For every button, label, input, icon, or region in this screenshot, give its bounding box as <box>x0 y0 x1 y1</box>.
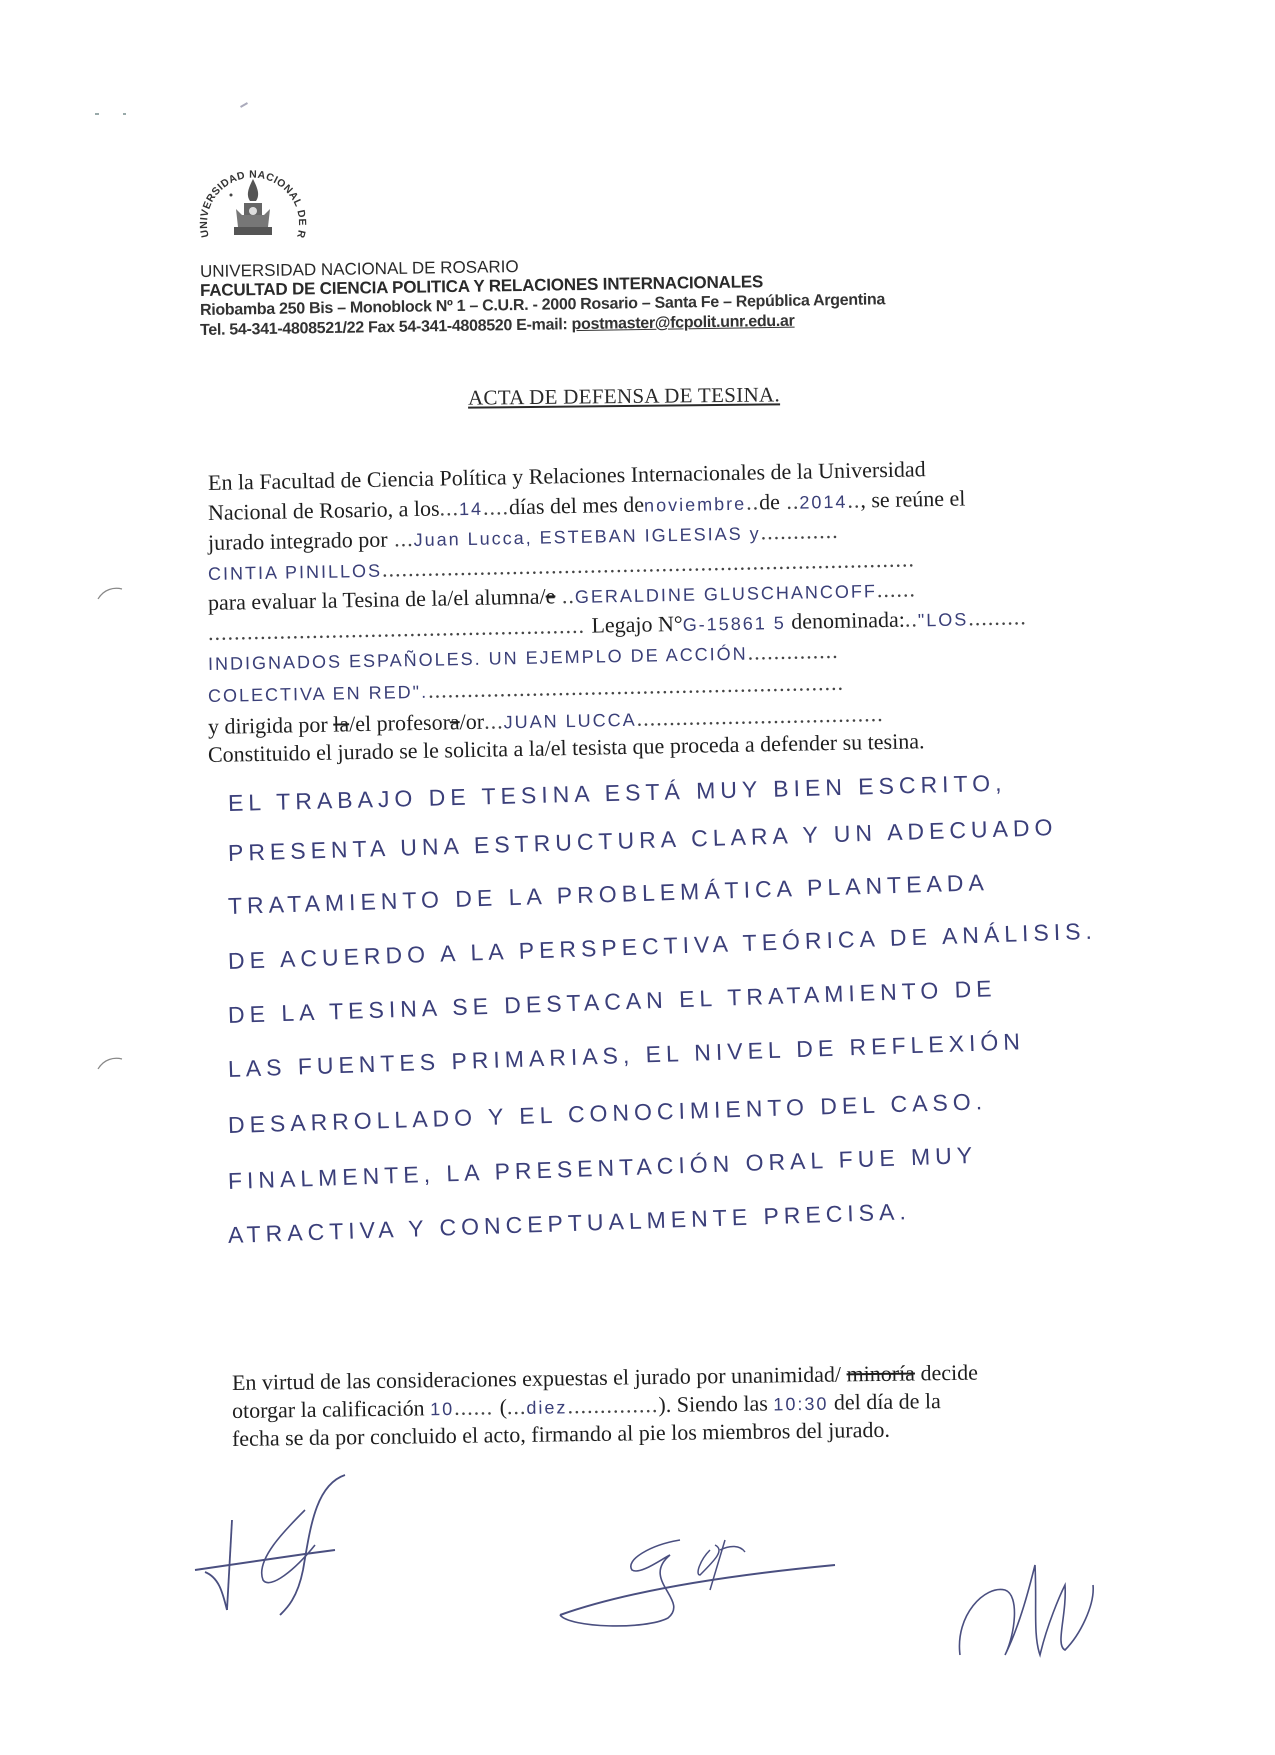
jury-field-2[interactable]: CINTIA PINILLOS <box>208 561 382 584</box>
text: denominada: <box>791 607 905 634</box>
signature-1 <box>185 1470 415 1620</box>
scan-speckle <box>240 102 248 108</box>
comment-line: ATRACTIVA Y CONCEPTUALMENTE PRECISA. <box>228 1198 912 1249</box>
text: otorgar la calificación <box>232 1395 430 1423</box>
struck-text: minoría <box>846 1360 915 1386</box>
text: la/el <box>431 585 469 611</box>
body-line-7: INDIGNADOS ESPAÑOLES. UN EJEMPLO DE ACCI… <box>208 640 839 674</box>
text: días del mes de <box>509 492 644 520</box>
student-field[interactable]: GERALDINE GLUSCHANCOFF <box>575 581 877 607</box>
comment-line: LAS FUENTES PRIMARIAS, EL NIVEL DE REFLE… <box>228 1028 1026 1083</box>
grade-number-field[interactable]: 10 <box>430 1399 454 1419</box>
text: Nacional de Rosario, a los <box>208 496 440 525</box>
scan-speckle <box>95 113 99 115</box>
text: /or <box>459 709 484 734</box>
thesis-title-field-3[interactable]: COLECTIVA EN RED". <box>208 682 428 706</box>
body-line-4: CINTIA PINILLOS.........................… <box>208 548 915 584</box>
text: , se reúne el <box>860 485 966 512</box>
text: ). Siendo las <box>658 1390 773 1417</box>
seal-emblem-icon: UNIVERSIDAD NACIONAL DE ROSARIO <box>188 145 318 265</box>
text: decide <box>915 1360 978 1386</box>
signature-3 <box>955 1545 1155 1675</box>
thesis-title-field-1[interactable]: "LOS <box>918 609 969 630</box>
contact-phones: Tel. 54-341-4808521/22 Fax 54-341-480852… <box>200 316 572 339</box>
month-field[interactable]: noviembre <box>644 494 746 516</box>
comment-line: FINALMENTE, LA PRESENTACIÓN ORAL FUE MUY <box>228 1142 978 1195</box>
comment-line: TRATAMIENTO DE LA PROBLEMÁTICA PLANTEADA <box>228 869 990 920</box>
text: de <box>759 489 780 514</box>
margin-mark-icon <box>96 1055 126 1075</box>
time-field[interactable]: 10:30 <box>773 1394 828 1415</box>
signature-2 <box>550 1520 850 1630</box>
comment-line: DE LA TESINA SE DESTACAN EL TRATAMIENTO … <box>228 975 997 1029</box>
grade-words-field[interactable]: diez <box>526 1397 567 1418</box>
director-field[interactable]: JUAN LUCCA <box>503 710 636 733</box>
comment-line: DESARROLLADO Y EL CONOCIMIENTO DEL CASO. <box>228 1088 988 1139</box>
body-line-8: COLECTIVA EN RED".......................… <box>208 672 844 706</box>
comment-line: EL TRABAJO DE TESINA ESTÁ MUY BIEN ESCRI… <box>228 770 1007 817</box>
text: del día de la <box>828 1388 941 1415</box>
body-line-2: Nacional de Rosario, a los...14....días … <box>208 487 966 524</box>
email-link[interactable]: postmaster@fcpolit.unr.edu.ar <box>571 313 794 333</box>
university-seal: UNIVERSIDAD NACIONAL DE ROSARIO <box>188 145 318 265</box>
comment-line: DE ACUERDO A LA PERSPECTIVA TEÓRICA DE A… <box>228 918 1098 975</box>
text: para evaluar la Tesina de <box>208 586 432 615</box>
jury-field-1[interactable]: Juan Lucca, ESTEBAN IGLESIAS y <box>413 523 760 550</box>
scan-speckle <box>123 113 126 115</box>
year-field[interactable]: 2014 <box>799 492 847 513</box>
document-title: ACTA DE DEFENSA DE TESINA. <box>468 382 780 410</box>
day-field[interactable]: 14 <box>459 499 483 519</box>
text: Legajo N° <box>591 611 683 638</box>
text: jurado integrado por <box>208 527 388 555</box>
legajo-field[interactable]: G-15861 5 <box>683 613 786 635</box>
text: alumna/ <box>469 584 546 610</box>
comment-line: PRESENTA UNA ESTRUCTURA CLARA Y UN ADECU… <box>228 814 1058 867</box>
closing-line-3: fecha se da por concluido el acto, firma… <box>232 1419 890 1450</box>
margin-mark-icon <box>96 585 126 605</box>
text: /el profesor <box>349 709 450 736</box>
text: y dirigida por <box>208 712 334 739</box>
struck-text: a <box>450 709 460 734</box>
thesis-title-field-2[interactable]: INDIGNADOS ESPAÑOLES. UN EJEMPLO DE ACCI… <box>208 644 748 674</box>
body-line-1: En la Facultad de Ciencia Política y Rel… <box>208 458 926 494</box>
struck-text: la <box>333 711 349 736</box>
